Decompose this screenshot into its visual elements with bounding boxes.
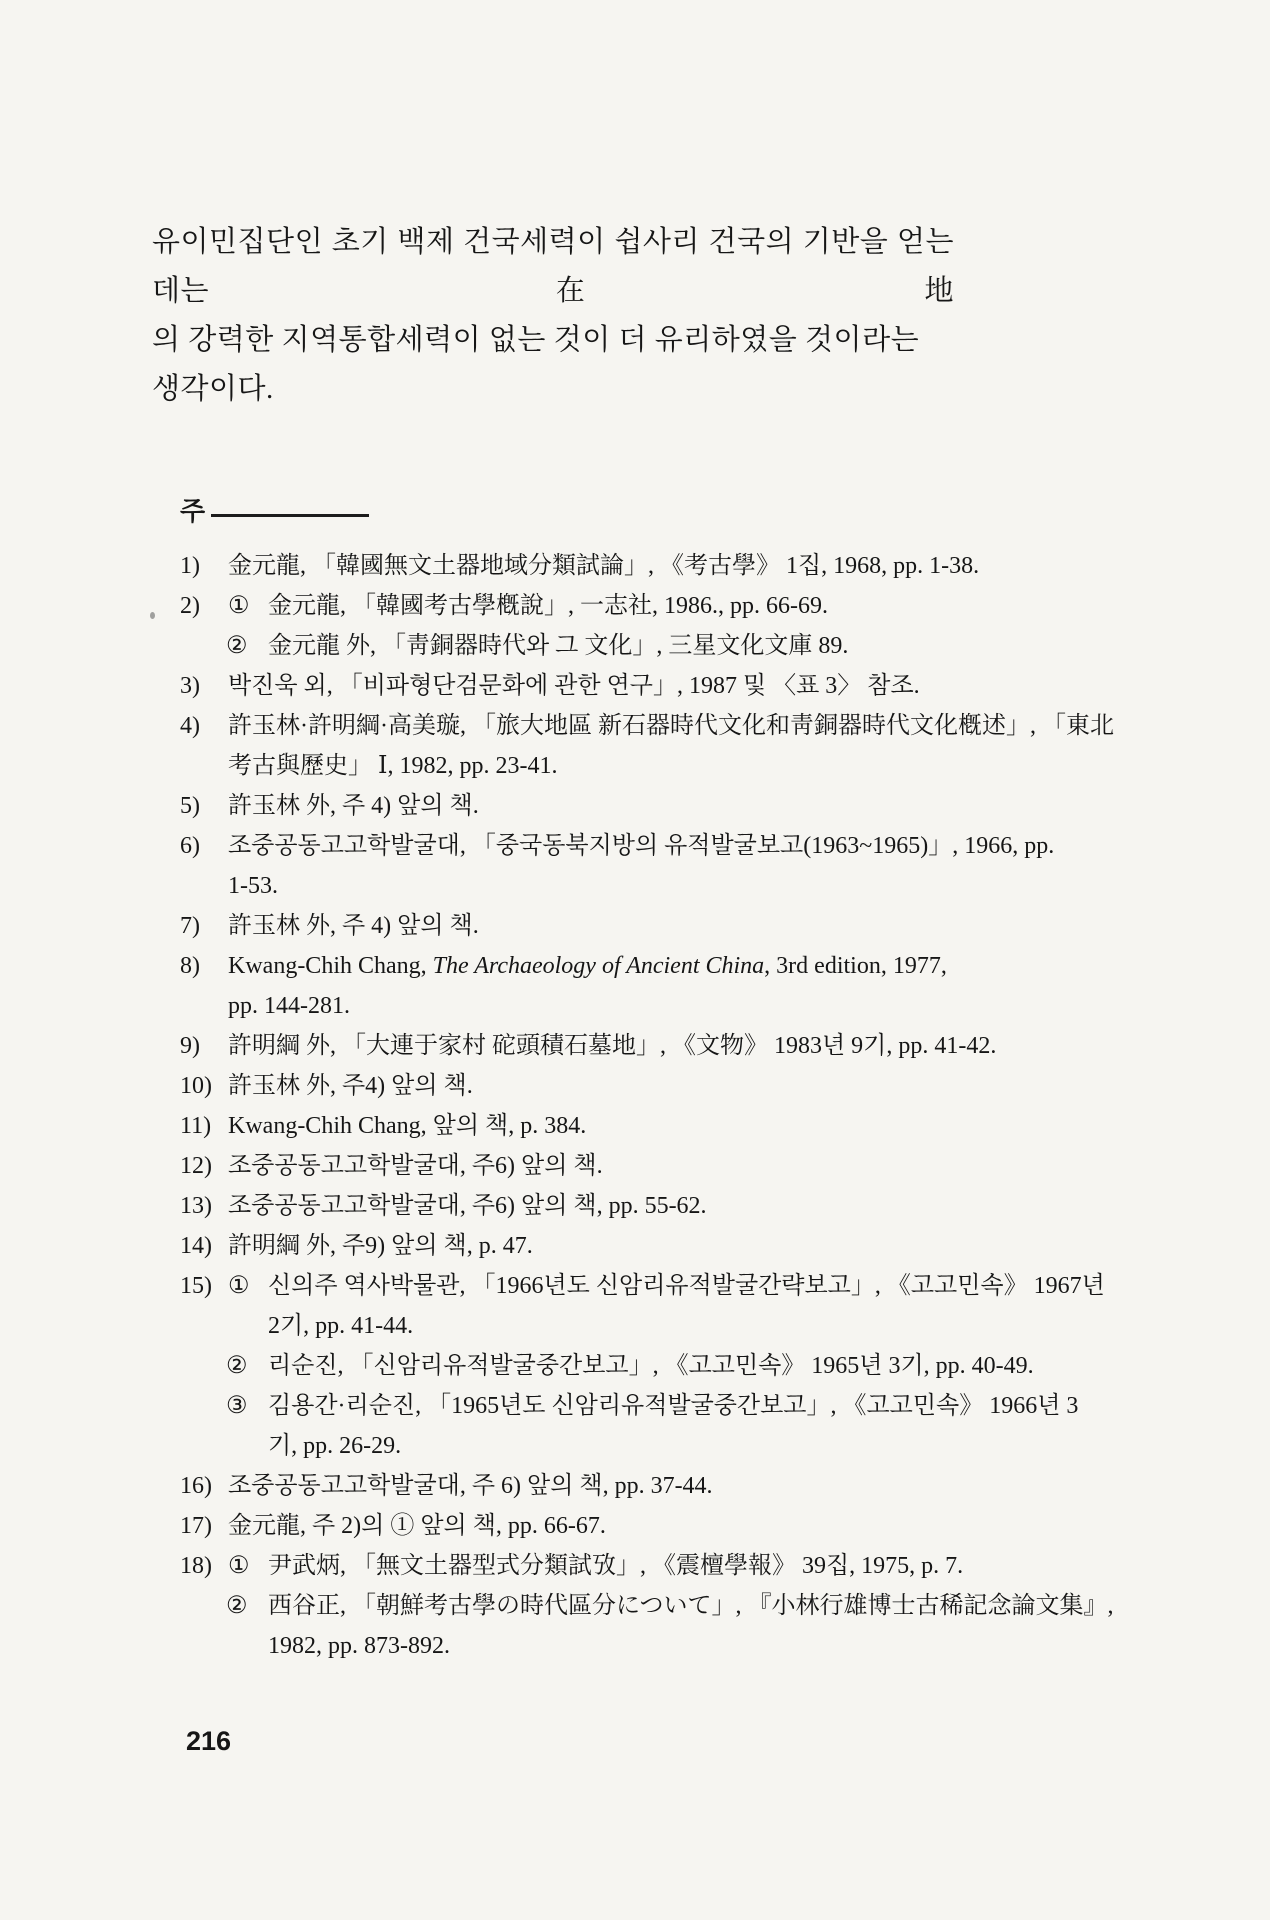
note-text: 許明綱 外, 「大連于家村 砣頭積石墓地」, 《文物》 1983년 9기, pp… [228, 1033, 996, 1059]
body-paragraph-line-2: 의 강력한 지역통합세력이 없는 것이 더 유리하였을 것이라는 생각이다. [152, 316, 954, 414]
note-line-15: 15)①신의주 역사박물관, 「1966년도 신암리유적발굴간략보고」, 《고고… [180, 1266, 1010, 1306]
note-number: 14) [180, 1226, 228, 1266]
circled-number: ③ [226, 1386, 268, 1426]
note-text: 조중공동고고학발굴대, 주6) 앞의 책. [228, 1153, 603, 1179]
circled-number: ② [226, 1346, 268, 1386]
note-text: 조중공동고고학발굴대, 「중국동북지방의 유적발굴보고(1963~1965)」,… [228, 833, 1054, 859]
page-number: 216 [186, 1726, 231, 1757]
note-text: 許玉林 外, 주4) 앞의 책. [228, 1073, 473, 1099]
note-text: 金元龍, 「韓國無文土器地域分類試論」, 《考古學》 1집, 1968, pp.… [228, 553, 979, 579]
note-line-8: 8)Kwang-Chih Chang, The Archaeology of A… [180, 946, 1010, 986]
note-line-15-cont: 2기, pp. 41-44. [180, 1306, 1010, 1346]
note-number: 16) [180, 1466, 228, 1506]
note-text: 金元龍 外, 「靑銅器時代와 그 文化」, 三星文化文庫 89. [268, 633, 848, 659]
note-line-17: 17)金元龍, 주 2)의 ① 앞의 책, pp. 66-67. [180, 1506, 1010, 1546]
note-number: 13) [180, 1186, 228, 1226]
circled-number: ① [228, 1546, 268, 1586]
note-text: 許玉林·許明綱·高美璇, 「旅大地區 新石器時代文化和靑銅器時代文化槪述」, 「… [228, 713, 1114, 739]
note-line-15b: ②리순진, 「신암리유적발굴중간보고」, 《고고민속》 1965년 3기, pp… [180, 1346, 1010, 1386]
note-number: 3) [180, 666, 228, 706]
note-line-10: 10)許玉林 外, 주4) 앞의 책. [180, 1066, 1010, 1106]
note-number: 5) [180, 786, 228, 826]
note-line-9: 9)許明綱 外, 「大連于家村 砣頭積石墓地」, 《文物》 1983년 9기, … [180, 1026, 1010, 1066]
book-title-italic: The Archaeology of Ancient China [433, 953, 765, 979]
note-text: 기, pp. 26-29. [268, 1433, 401, 1459]
note-line-8-cont: pp. 144-281. [180, 986, 1010, 1026]
note-line-4-cont: 考古與歷史」 Ⅰ, 1982, pp. 23-41. [180, 746, 1010, 786]
note-number: 18) [180, 1546, 228, 1586]
note-number: 7) [180, 906, 228, 946]
body-paragraph: 유이민집단인 초기 백제 건국세력이 쉽사리 건국의 기반을 얻는 데는 在地 … [152, 218, 954, 414]
note-line-11: 11)Kwang-Chih Chang, 앞의 책, p. 384. [180, 1106, 1010, 1146]
note-text: 조중공동고고학발굴대, 주6) 앞의 책, pp. 55-62. [228, 1193, 707, 1219]
note-text: 신의주 역사박물관, 「1966년도 신암리유적발굴간략보고」, 《고고민속》 … [268, 1273, 1105, 1299]
note-line-18: 18)①尹武炳, 「無文土器型式分類試攷」, 《震檀學報》 39집, 1975,… [180, 1546, 1010, 1586]
note-text: Kwang-Chih Chang, 앞의 책, p. 384. [228, 1113, 586, 1139]
note-text: 1-53. [228, 873, 278, 899]
note-number: 6) [180, 826, 228, 866]
book-page: 유이민집단인 초기 백제 건국세력이 쉽사리 건국의 기반을 얻는 데는 在地 … [0, 0, 1270, 1920]
circled-number: ② [226, 1586, 268, 1626]
note-number: 2) [180, 586, 228, 626]
scan-speck [150, 612, 155, 619]
note-number: 1) [180, 546, 228, 586]
circled-number: ② [226, 626, 268, 666]
note-text: 金元龍, 「韓國考古學槪說」, 一志社, 1986., pp. 66-69. [268, 593, 828, 619]
notes-section: 주 1)金元龍, 「韓國無文土器地域分類試論」, 《考古學》 1집, 1968,… [180, 490, 1010, 1666]
note-line-7: 7)許玉林 外, 주 4) 앞의 책. [180, 906, 1010, 946]
note-line-15c-cont: 기, pp. 26-29. [180, 1426, 1010, 1466]
body-paragraph-line-1: 유이민집단인 초기 백제 건국세력이 쉽사리 건국의 기반을 얻는 데는 在地 [152, 218, 954, 316]
note-text: 김용간·리순진, 「1965년도 신암리유적발굴중간보고」, 《고고민속》 19… [268, 1393, 1078, 1419]
note-text: 西谷正, 「朝鮮考古學の時代區分について」, 『小林行雄博士古稀記念論文集』, [268, 1593, 1114, 1619]
note-text: 尹武炳, 「無文土器型式分類試攷」, 《震檀學報》 39집, 1975, p. … [268, 1553, 963, 1579]
notes-header-label: 주 [180, 492, 205, 532]
note-text: 2기, pp. 41-44. [268, 1313, 413, 1339]
note-number: 8) [180, 946, 228, 986]
note-text: pp. 144-281. [228, 993, 350, 1019]
note-number: 12) [180, 1146, 228, 1186]
note-line-12: 12)조중공동고고학발굴대, 주6) 앞의 책. [180, 1146, 1010, 1186]
note-line-1: 1)金元龍, 「韓國無文土器地域分類試論」, 《考古學》 1집, 1968, p… [180, 546, 1010, 586]
note-line-2: 2)①金元龍, 「韓國考古學槪說」, 一志社, 1986., pp. 66-69… [180, 586, 1010, 626]
note-number: 11) [180, 1106, 228, 1146]
note-text: 조중공동고고학발굴대, 주 6) 앞의 책, pp. 37-44. [228, 1473, 713, 1499]
note-line-14: 14)許明綱 外, 주9) 앞의 책, p. 47. [180, 1226, 1010, 1266]
note-text: 考古與歷史」 Ⅰ, 1982, pp. 23-41. [228, 753, 557, 779]
note-line-4: 4)許玉林·許明綱·高美璇, 「旅大地區 新石器時代文化和靑銅器時代文化槪述」,… [180, 706, 1010, 746]
note-line-6-cont: 1-53. [180, 866, 1010, 906]
note-text: Kwang-Chih Chang, [228, 953, 433, 979]
note-line-18b-cont: 1982, pp. 873-892. [180, 1626, 1010, 1666]
note-line-6: 6)조중공동고고학발굴대, 「중국동북지방의 유적발굴보고(1963~1965)… [180, 826, 1010, 866]
note-text: 박진욱 외, 「비파형단검문화에 관한 연구」, 1987 및 〈표 3〉 참조… [228, 673, 920, 699]
note-number: 15) [180, 1266, 228, 1306]
note-text: 許玉林 外, 주 4) 앞의 책. [228, 913, 479, 939]
note-number: 10) [180, 1066, 228, 1106]
note-line-13: 13)조중공동고고학발굴대, 주6) 앞의 책, pp. 55-62. [180, 1186, 1010, 1226]
note-text: 리순진, 「신암리유적발굴중간보고」, 《고고민속》 1965년 3기, pp.… [268, 1353, 1034, 1379]
note-line-16: 16)조중공동고고학발굴대, 주 6) 앞의 책, pp. 37-44. [180, 1466, 1010, 1506]
note-line-3: 3)박진욱 외, 「비파형단검문화에 관한 연구」, 1987 및 〈표 3〉 … [180, 666, 1010, 706]
note-text: , 3rd edition, 1977, [764, 953, 947, 979]
note-text: 1982, pp. 873-892. [268, 1633, 450, 1659]
note-text: 金元龍, 주 2)의 ① 앞의 책, pp. 66-67. [228, 1513, 606, 1539]
circled-number: ① [228, 586, 268, 626]
notes-header: 주 [180, 490, 1010, 534]
note-text: 許明綱 外, 주9) 앞의 책, p. 47. [228, 1233, 533, 1259]
note-line-15c: ③김용간·리순진, 「1965년도 신암리유적발굴중간보고」, 《고고민속》 1… [180, 1386, 1010, 1426]
note-line-5: 5)許玉林 外, 주 4) 앞의 책. [180, 786, 1010, 826]
notes-header-rule [211, 514, 369, 517]
note-line-2b: ②金元龍 外, 「靑銅器時代와 그 文化」, 三星文化文庫 89. [180, 626, 1010, 666]
note-number: 9) [180, 1026, 228, 1066]
circled-number: ① [228, 1266, 268, 1306]
note-number: 17) [180, 1506, 228, 1546]
note-line-18b: ②西谷正, 「朝鮮考古學の時代區分について」, 『小林行雄博士古稀記念論文集』, [180, 1586, 1010, 1626]
note-text: 許玉林 外, 주 4) 앞의 책. [228, 793, 479, 819]
note-number: 4) [180, 706, 228, 746]
